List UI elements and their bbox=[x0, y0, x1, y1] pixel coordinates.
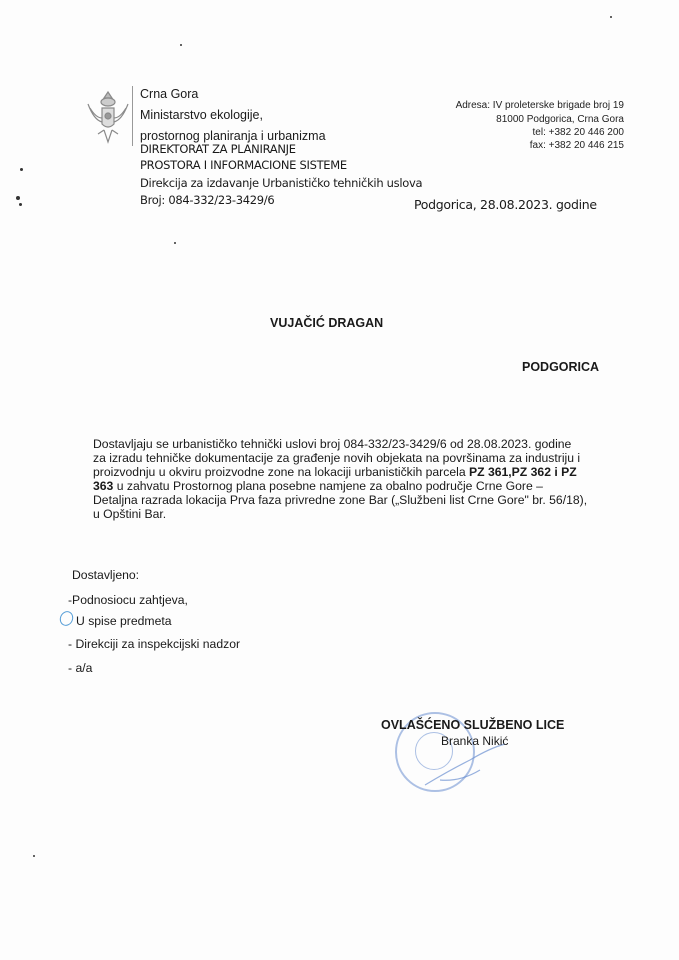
distribution-item: -Podnosiocu zahtjeva, bbox=[68, 593, 188, 607]
directorate-name-cont: PROSTORA I INFORMACIONE SISTEME bbox=[140, 160, 347, 172]
letter-body: Dostavljaju se urbanističko tehnički usl… bbox=[93, 437, 633, 521]
body-text: proizvodnju u okviru proizvodne zone na … bbox=[93, 465, 469, 479]
signatory-title: OVLAŠĆENO SLUŽBENO LICE bbox=[381, 718, 564, 732]
body-line: za izradu tehničke dokumentacije za građ… bbox=[93, 451, 633, 465]
handwritten-check-mark-icon bbox=[57, 609, 75, 628]
body-line: u Opštini Bar. bbox=[93, 507, 633, 521]
scan-artifact bbox=[16, 196, 20, 200]
directorate-name: DIREKTORAT ZA PLANIRANJE bbox=[140, 144, 296, 156]
postal-line: 81000 Podgorica, Crna Gora bbox=[496, 115, 624, 125]
body-line: Detaljna razrada lokacija Prva faza priv… bbox=[93, 493, 633, 507]
parcel-numbers: PZ 361,PZ 362 i PZ bbox=[469, 465, 577, 479]
ministry-name: Ministarstvo ekologije, bbox=[140, 109, 263, 122]
address-line: Adresa: IV proleterske brigade broj 19 bbox=[456, 101, 624, 111]
coat-of-arms-icon bbox=[84, 90, 132, 146]
ministry-name-cont: prostornog planiranja i urbanizma bbox=[140, 130, 326, 143]
parcel-numbers: 363 bbox=[93, 479, 113, 493]
body-line: proizvodnju u okviru proizvodne zone na … bbox=[93, 465, 633, 479]
header-divider bbox=[132, 86, 133, 146]
distribution-item: U spise predmeta bbox=[76, 614, 172, 628]
phone-number: tel: +382 20 446 200 bbox=[533, 128, 624, 138]
scan-artifact bbox=[20, 168, 23, 171]
scan-artifact bbox=[19, 203, 22, 206]
distribution-heading: Dostavljeno: bbox=[72, 568, 139, 582]
scan-artifact bbox=[33, 855, 35, 857]
signatory-name: Branka Nikić bbox=[441, 734, 508, 748]
body-text: u zahvatu Prostornog plana posebne namje… bbox=[113, 479, 543, 493]
scan-artifact bbox=[180, 44, 182, 46]
country-name: Crna Gora bbox=[140, 88, 198, 101]
place-and-date: Podgorica, 28.08.2023. godine bbox=[414, 197, 597, 212]
scan-artifact bbox=[174, 242, 176, 244]
scan-artifact bbox=[610, 16, 612, 18]
body-line: Dostavljaju se urbanističko tehnički usl… bbox=[93, 437, 633, 451]
recipient-name: VUJAČIĆ DRAGAN bbox=[270, 316, 383, 330]
distribution-item: - Direkciji za inspekcijski nadzor bbox=[68, 637, 240, 651]
recipient-city: PODGORICA bbox=[522, 360, 599, 374]
body-line: 363 u zahvatu Prostornog plana posebne n… bbox=[93, 479, 633, 493]
fax-number: fax: +382 20 446 215 bbox=[530, 141, 624, 151]
reference-number: Broj: 084-332/23-3429/6 bbox=[140, 195, 274, 207]
distribution-item: - a/a bbox=[68, 661, 92, 675]
directorate-department: Direkcija za izdavanje Urbanističko tehn… bbox=[140, 178, 422, 190]
